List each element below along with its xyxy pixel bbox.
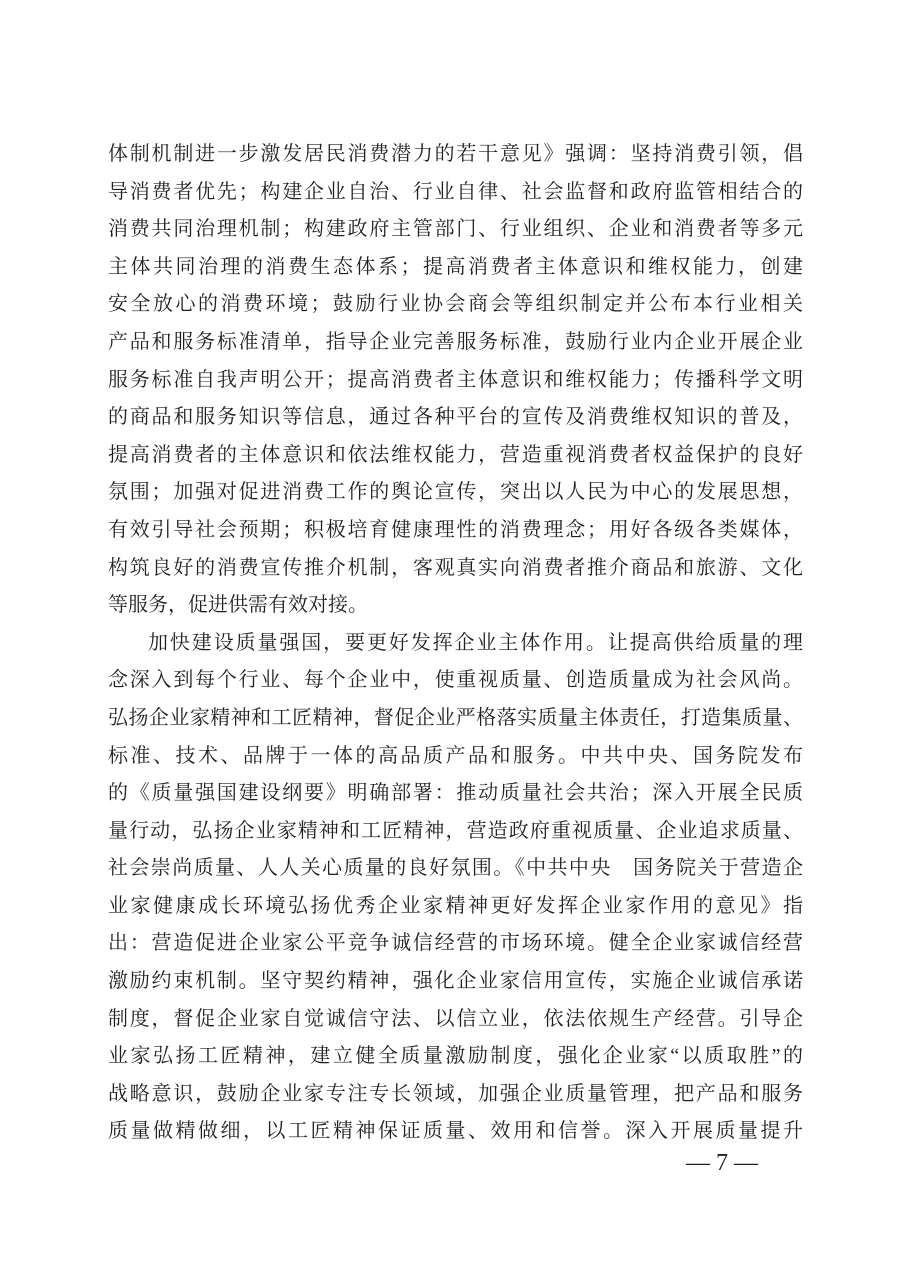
- text-line: 提高消费者的主体意识和依法维权能力，营造重视消费者权益保护的良好: [108, 437, 803, 475]
- text-line: 氛围；加强对促进消费工作的舆论宣传，突出以人民为中心的发展思想，: [108, 474, 803, 512]
- text-line: 社会崇尚质量、人人关心质量的良好氛围。《中共中央 国务院关于营造企: [108, 850, 803, 888]
- text-line: 构筑良好的消费宣传推介机制，客观真实向消费者推介商品和旅游、文化: [108, 550, 803, 588]
- text-line: 战略意识，鼓励企业家专注专长领域，加强企业质量管理，把产品和服务: [108, 1076, 803, 1114]
- text-line: 主体共同治理的消费生态体系；提高消费者主体意识和维权能力，创建: [108, 249, 803, 287]
- text-line: 念深入到每个行业、每个企业中，使重视质量、创造质量成为社会风尚。: [108, 662, 803, 700]
- text-line: 体制机制进一步激发居民消费潜力的若干意见》强调：坚持消费引领，倡: [108, 136, 803, 174]
- text-line: 消费共同治理机制；构建政府主管部门、行业组织、企业和消费者等多元: [108, 211, 803, 249]
- text-line: 等服务，促进供需有效对接。: [108, 587, 803, 625]
- text-line: 的商品和服务知识等信息，通过各种平台的宣传及消费维权知识的普及，: [108, 399, 803, 437]
- text-line: 服务标准自我声明公开；提高消费者主体意识和维权能力；传播科学文明: [108, 362, 803, 400]
- text-line: 安全放心的消费环境；鼓励行业协会商会等组织制定并公布本行业相关: [108, 286, 803, 324]
- body-text: 体制机制进一步激发居民消费潜力的若干意见》强调：坚持消费引领，倡导消费者优先；构…: [108, 136, 803, 1151]
- text-line: 业家弘扬工匠精神，建立健全质量激励制度，强化企业家“以质取胜”的: [108, 1038, 803, 1076]
- page-footer: — 7 —: [108, 1146, 758, 1180]
- text-line: 标准、技术、品牌于一体的高品质产品和服务。中共中央、国务院发布: [108, 738, 803, 776]
- text-line: 制度，督促企业家自觉诚信守法、以信立业，依法依规生产经营。引导企: [108, 1001, 803, 1039]
- text-line: 业家健康成长环境弘扬优秀企业家精神更好发挥企业家作用的意见》指: [108, 888, 803, 926]
- text-line: 弘扬企业家精神和工匠精神，督促企业严格落实质量主体责任，打造集质量、: [108, 700, 803, 738]
- text-line: 量行动，弘扬企业家精神和工匠精神，营造政府重视质量、企业追求质量、: [108, 813, 803, 851]
- text-line: 激励约束机制。坚守契约精神，强化企业家信用宣传，实施企业诚信承诺: [108, 963, 803, 1001]
- text-line: 有效引导社会预期；积极培育健康理性的消费理念；用好各级各类媒体，: [108, 512, 803, 550]
- page-number: — 7 —: [686, 1150, 758, 1176]
- document-page: 体制机制进一步激发居民消费潜力的若干意见》强调：坚持消费引领，倡导消费者优先；构…: [0, 0, 900, 1273]
- text-line: 产品和服务标准清单，指导企业完善服务标准，鼓励行业内企业开展企业: [108, 324, 803, 362]
- text-line: 加快建设质量强国，要更好发挥企业主体作用。让提高供给质量的理: [108, 625, 803, 663]
- text-line: 导消费者优先；构建企业自治、行业自律、社会监督和政府监管相结合的: [108, 174, 803, 212]
- text-line: 出：营造促进企业家公平竞争诚信经营的市场环境。健全企业家诚信经营: [108, 925, 803, 963]
- text-line: 的《质量强国建设纲要》明确部署：推动质量社会共治；深入开展全民质: [108, 775, 803, 813]
